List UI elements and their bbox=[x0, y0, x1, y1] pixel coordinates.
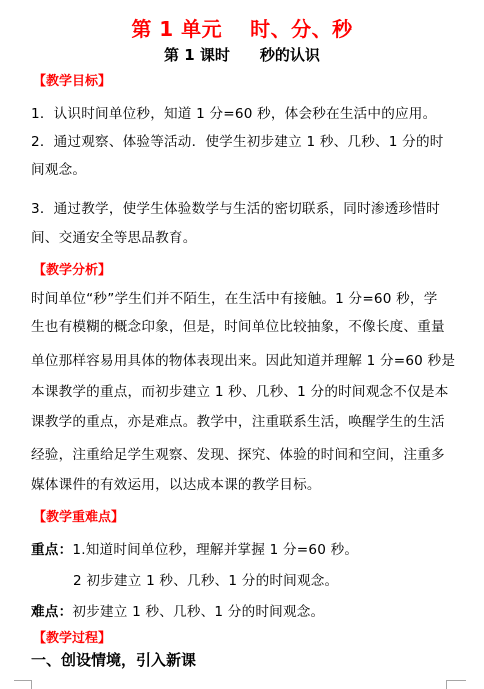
key-point-row: 重点：1.知道时间单位秒，理解并掌握 1 分=60 秒。 bbox=[31, 541, 358, 559]
crop-mark-bottom-left bbox=[14, 680, 32, 689]
section-heading-process: 【教学过程】 bbox=[33, 631, 111, 647]
difficulty-row: 难点：初步建立 1 秒、几秒、1 分的时间观念。 bbox=[31, 603, 324, 621]
analysis-line-1: 时间单位“秒”学生们并不陌生，在生活中有接触。1 分=60 秒，学 bbox=[31, 290, 438, 308]
crop-mark-bottom-right bbox=[446, 680, 466, 689]
goals-line-4: 3．通过教学，使学生体验数学与生活的密切联系，同时渗透珍惜时 bbox=[31, 200, 440, 218]
analysis-line-7: 媒体课件的有效运用，以达成本课的教学目标。 bbox=[31, 476, 321, 494]
section-heading-key-points: 【教学重难点】 bbox=[33, 510, 124, 526]
analysis-line-5: 课教学的重点，亦是难点。教学中，注重联系生活，唤醒学生的生活 bbox=[31, 413, 445, 431]
difficulty-label: 难点： bbox=[31, 604, 72, 620]
section-heading-goals: 【教学目标】 bbox=[33, 74, 111, 90]
analysis-line-3: 单位那样容易用具体的物体表现出来。因此知道并理解 1 分=60 秒是 bbox=[31, 352, 455, 370]
lesson-subtitle: 第 1 课时 秒的认识 bbox=[0, 44, 484, 66]
goals-line-1: 1．认识时间单位秒，知道 1 分=60 秒，体会秒在生活中的应用。 bbox=[31, 105, 436, 123]
goals-line-5: 间、交通安全等思品教育。 bbox=[31, 229, 197, 247]
difficulty-text: 初步建立 1 秒、几秒、1 分的时间观念。 bbox=[72, 604, 324, 620]
process-step-1-heading: 一、创设情境，引入新课 bbox=[31, 650, 196, 670]
analysis-line-2: 生也有模糊的概念印象，但是，时间单位比较抽象，不像长度、重量 bbox=[31, 318, 445, 336]
goals-line-2: 2．通过观察、体验等活动．使学生初步建立 1 秒、几秒、1 分的时 bbox=[31, 133, 444, 151]
key-point-text-1: 1.知道时间单位秒，理解并掌握 1 分=60 秒。 bbox=[72, 542, 358, 558]
section-heading-analysis: 【教学分析】 bbox=[33, 263, 111, 279]
goals-line-3: 间观念。 bbox=[31, 161, 86, 179]
document-page: 第 1 单元 时、分、秒 第 1 课时 秒的认识 【教学目标】 1．认识时间单位… bbox=[0, 0, 484, 689]
key-point-text-2: 2 初步建立 1 秒、几秒、1 分的时间观念。 bbox=[73, 572, 338, 590]
unit-title: 第 1 单元 时、分、秒 bbox=[0, 16, 484, 42]
analysis-line-4: 本课教学的重点，而初步建立 1 秒、几秒、1 分的时间观念不仅是本 bbox=[31, 383, 448, 401]
key-point-label: 重点： bbox=[31, 542, 72, 558]
analysis-line-6: 经验，注重给足学生观察、发现、探究、体验的时间和空间，注重多 bbox=[31, 446, 445, 464]
